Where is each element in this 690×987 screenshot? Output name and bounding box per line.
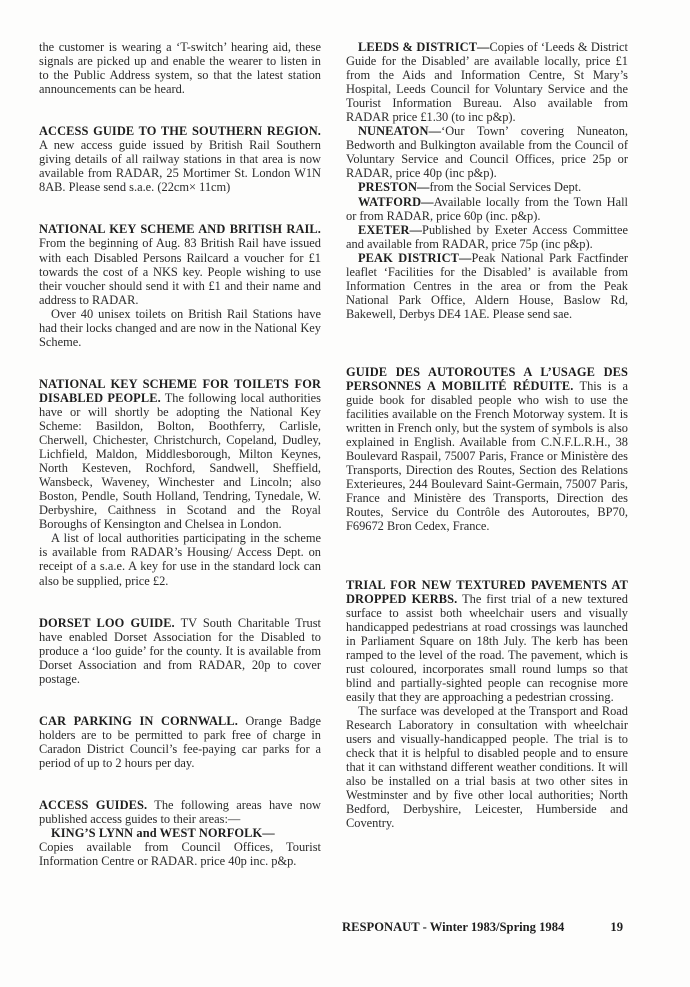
article-body: The first trial of a new textured surfac… <box>346 592 628 704</box>
article-access-guides: ACCESS GUIDES. The following areas have … <box>39 798 321 868</box>
article-heading: NATIONAL KEY SCHEME AND BRITISH RAIL. <box>39 222 321 236</box>
article-nks-toilets: NATIONAL KEY SCHEME FOR TOILETS FOR DISA… <box>39 377 321 588</box>
article-body: This is a guide book for disabled people… <box>346 379 628 533</box>
article-heading: CAR PARKING IN CORNWALL. <box>39 714 238 728</box>
page-footer: RESPONAUT - Winter 1983/Spring 1984 19 <box>342 920 623 935</box>
guide-entry: PRESTON—from the Social Services Dept. <box>346 180 628 194</box>
article-autoroutes: GUIDE DES AUTOROUTES A L’USAGE DES PERSO… <box>346 365 628 534</box>
article-body: A new access guide issued by British Rai… <box>39 138 321 194</box>
guide-body: from the Social Services Dept. <box>430 180 582 194</box>
article-access-guides-continued: LEEDS & DISTRICT—Copies of ‘Leeds & Dist… <box>346 40 628 321</box>
right-column: LEEDS & DISTRICT—Copies of ‘Leeds & Dist… <box>346 40 628 830</box>
article-pavements: TRIAL FOR NEW TEXTURED PAVEMENTS AT DROP… <box>346 578 628 831</box>
article-dorset: DORSET LOO GUIDE. TV South Charitable Tr… <box>39 616 321 686</box>
left-column: the customer is wearing a ‘T-switch’ hea… <box>39 40 321 868</box>
guide-heading: NUNEATON— <box>358 124 441 138</box>
article-intro-continued: the customer is wearing a ‘T-switch’ hea… <box>39 40 321 96</box>
guide-heading: WATFORD— <box>358 195 434 209</box>
guide-body: Copies available from Council Offices, T… <box>39 840 321 868</box>
article-cornwall: CAR PARKING IN CORNWALL. Orange Badge ho… <box>39 714 321 770</box>
guide-heading: EXETER— <box>358 223 422 237</box>
article-body: The following local authorities have or … <box>39 391 321 531</box>
guide-heading: PRESTON— <box>358 180 430 194</box>
guide-entry: EXETER—Published by Exeter Access Com­mi… <box>346 223 628 251</box>
guide-entry: LEEDS & DISTRICT—Copies of ‘Leeds & Dist… <box>346 40 628 124</box>
page-number: 19 <box>610 920 623 935</box>
article-heading: DORSET LOO GUIDE. <box>39 616 175 630</box>
article-paragraph: The surface was developed at the Transpo… <box>346 704 628 830</box>
guide-entry: NUNEATON—‘Our Town’ covering Nuneaton, B… <box>346 124 628 180</box>
guide-heading: PEAK DISTRICT— <box>358 251 472 265</box>
guide-entry: PEAK DISTRICT—Peak National Park Fact­fi… <box>346 251 628 321</box>
intro-text: the customer is wearing a ‘T-switch’ hea… <box>39 40 321 96</box>
article-body: From the beginning of Aug. 83 British Ra… <box>39 236 321 306</box>
article-heading: ACCESS GUIDES. <box>39 798 147 812</box>
publication-title: RESPONAUT - Winter 1983/Spring 1984 <box>342 920 564 935</box>
article-paragraph: Over 40 unisex toilets on British Rail S… <box>39 307 321 349</box>
article-nks-rail: NATIONAL KEY SCHEME AND BRITISH RAIL. Fr… <box>39 222 321 348</box>
magazine-page: the customer is wearing a ‘T-switch’ hea… <box>0 0 690 987</box>
guide-entry: WATFORD—Available locally from the Town … <box>346 195 628 223</box>
article-southern-region: ACCESS GUIDE TO THE SOUTHERN REGION. A n… <box>39 124 321 194</box>
guide-heading: KING’S LYNN and WEST NORFOLK— <box>51 826 275 840</box>
article-paragraph: A list of local authorities participatin… <box>39 531 321 587</box>
article-heading: ACCESS GUIDE TO THE SOUTHERN REGION. <box>39 124 321 138</box>
guide-heading: LEEDS & DISTRICT— <box>358 40 490 54</box>
